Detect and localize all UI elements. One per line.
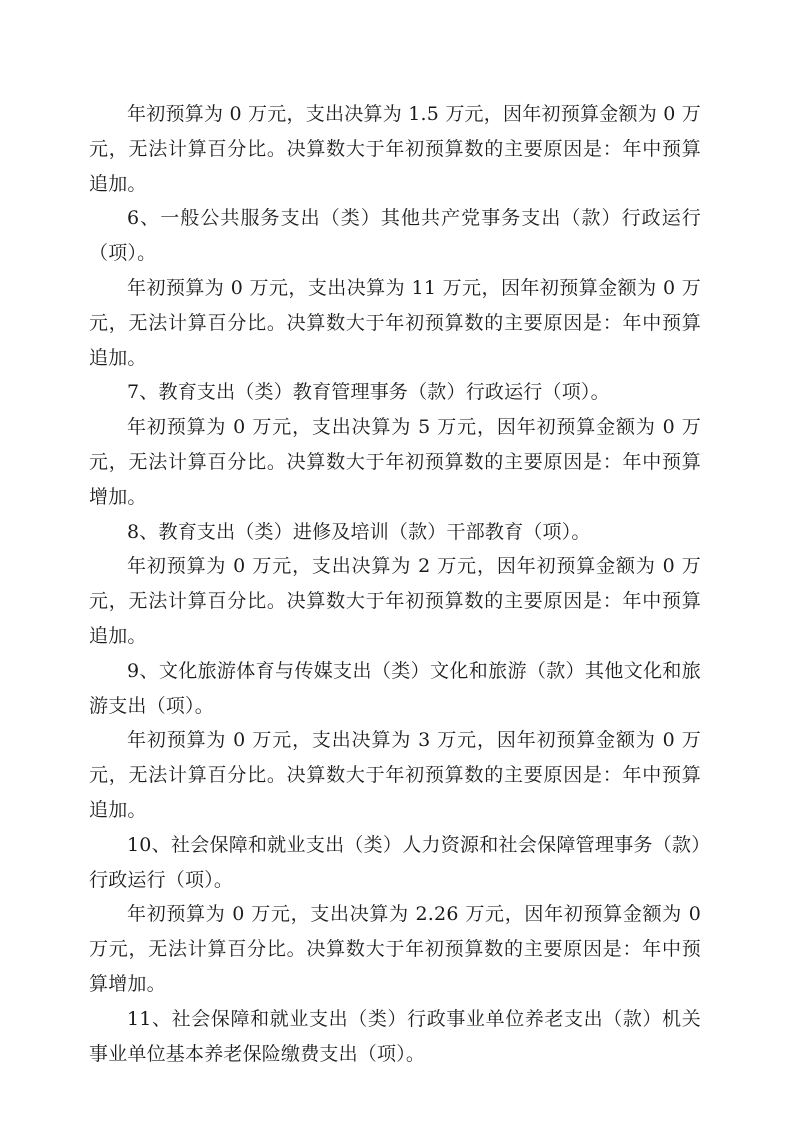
document-page: 年初预算为 0 万元，支出决算为 1.5 万元，因年初预算金额为 0 万元，无法… xyxy=(0,0,793,1122)
expense-item-heading-11: 11、社会保障和就业支出（类）行政事业单位养老支出（款）机关事业单位基本养老保险… xyxy=(89,1002,701,1072)
budget-note-paragraph-item6: 年初预算为 0 万元，支出决算为 11 万元，因年初预算金额为 0 万元，无法计… xyxy=(89,271,701,375)
budget-note-paragraph-item8: 年初预算为 0 万元，支出决算为 2 万元，因年初预算金额为 0 万元，无法计算… xyxy=(89,549,701,653)
budget-note-paragraph-item7: 年初预算为 0 万元，支出决算为 5 万元，因年初预算金额为 0 万元，无法计算… xyxy=(89,410,701,514)
document-body: 年初预算为 0 万元，支出决算为 1.5 万元，因年初预算金额为 0 万元，无法… xyxy=(89,97,701,1071)
budget-note-paragraph-item10: 年初预算为 0 万元，支出决算为 2.26 万元，因年初预算金额为 0 万元，无… xyxy=(89,897,701,1001)
expense-item-heading-9: 9、文化旅游体育与传媒支出（类）文化和旅游（款）其他文化和旅游支出（项）。 xyxy=(89,654,701,724)
budget-note-paragraph-item5: 年初预算为 0 万元，支出决算为 1.5 万元，因年初预算金额为 0 万元，无法… xyxy=(89,97,701,201)
expense-item-heading-8: 8、教育支出（类）进修及培训（款）干部教育（项）。 xyxy=(89,515,701,550)
budget-note-paragraph-item9: 年初预算为 0 万元，支出决算为 3 万元，因年初预算金额为 0 万元，无法计算… xyxy=(89,723,701,827)
expense-item-heading-10: 10、社会保障和就业支出（类）人力资源和社会保障管理事务（款）行政运行（项）。 xyxy=(89,828,701,898)
expense-item-heading-6: 6、一般公共服务支出（类）其他共产党事务支出（款）行政运行（项）。 xyxy=(89,201,701,271)
expense-item-heading-7: 7、教育支出（类）教育管理事务（款）行政运行（项）。 xyxy=(89,375,701,410)
